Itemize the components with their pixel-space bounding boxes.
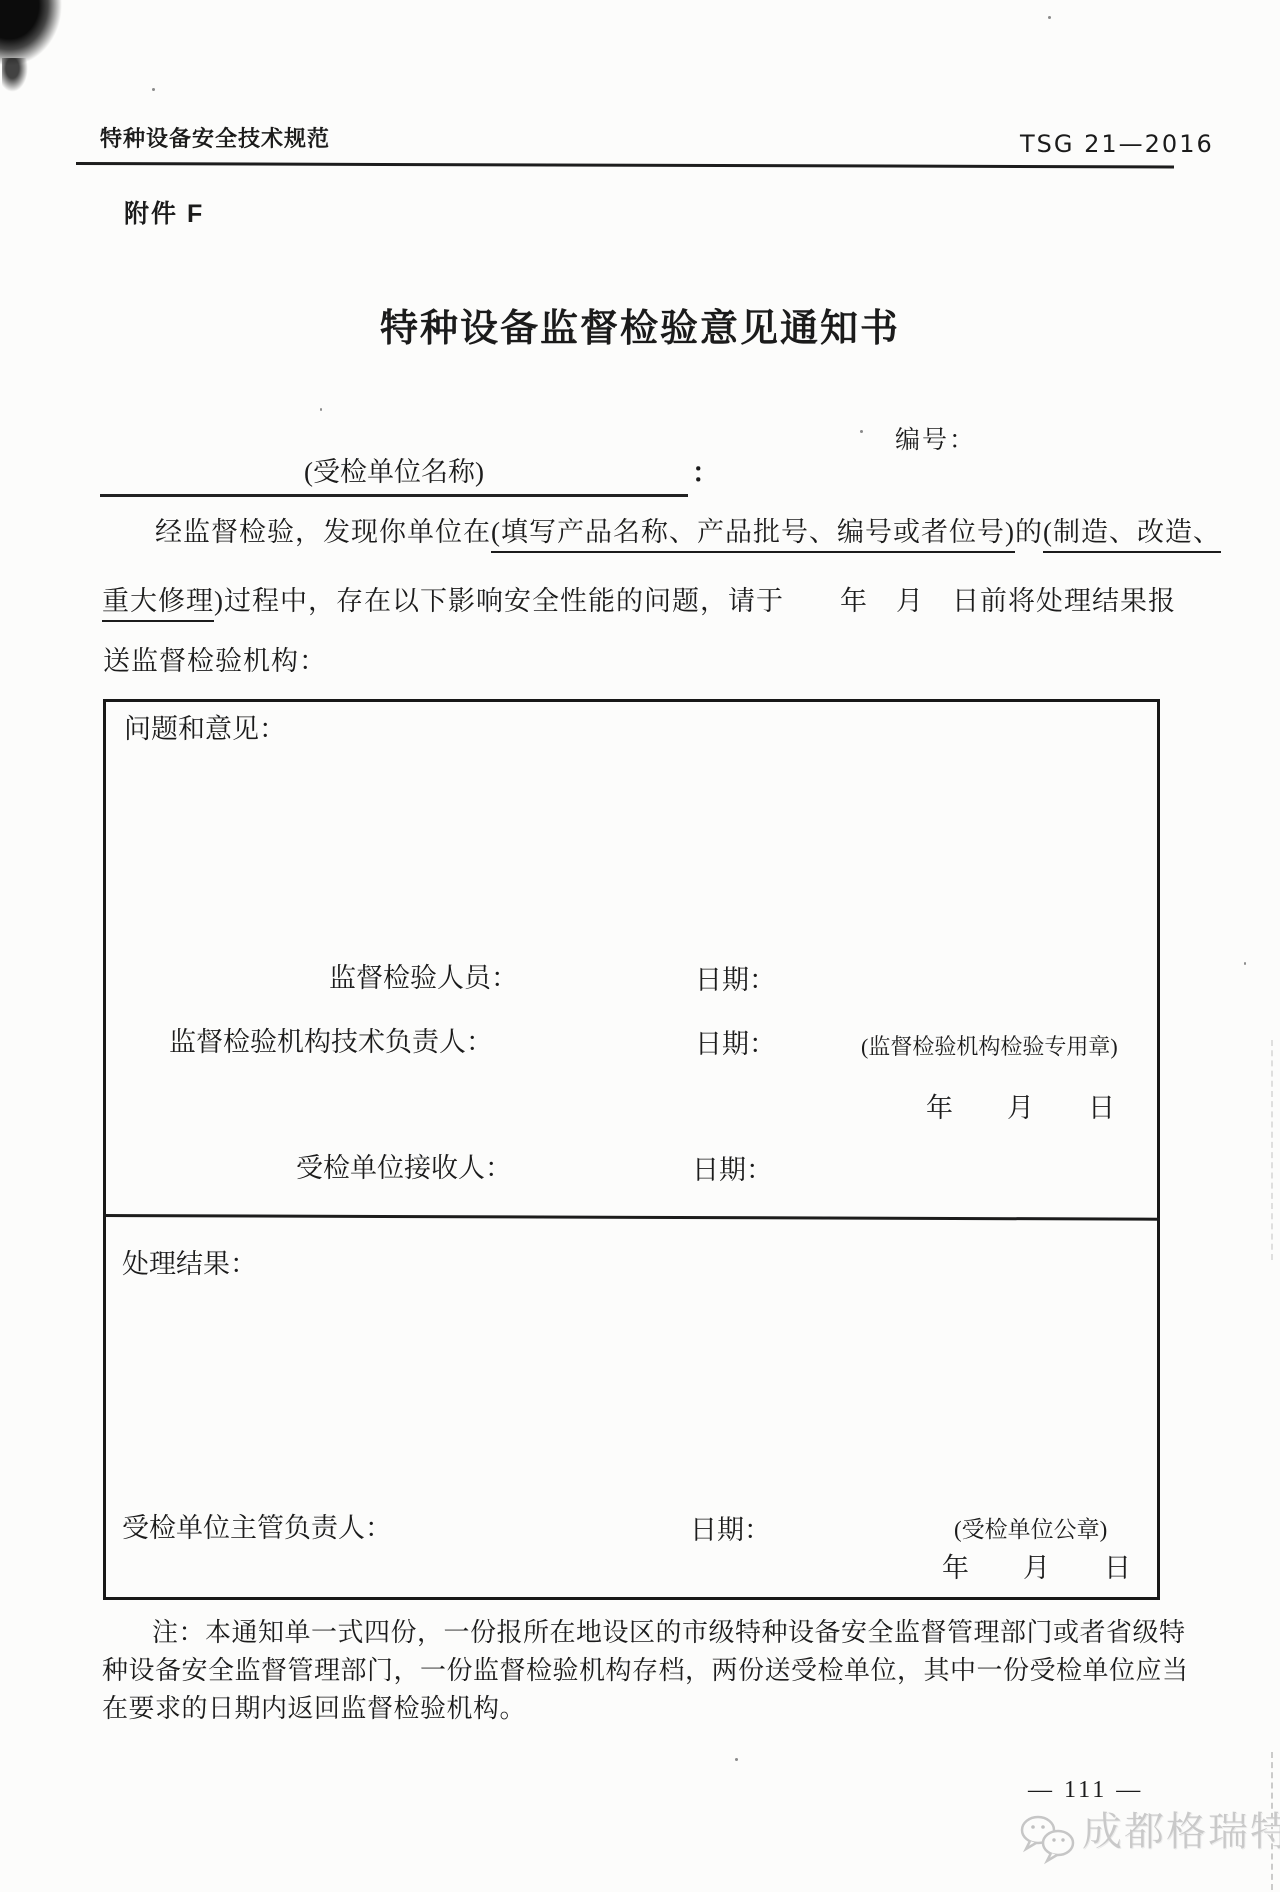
section-divider (103, 1214, 1160, 1221)
paragraph-segment: 的 (1015, 517, 1043, 547)
org-seal-note: (监督检验机构检验专用章) (861, 1036, 1118, 1058)
wechat-bubbles-icon (1016, 1812, 1080, 1866)
result-label: 处理结果： (122, 1251, 257, 1278)
scan-speck (1244, 962, 1246, 965)
body-paragraph-line-3: 送监督检验机构： (103, 648, 327, 675)
number-label: 编号： (895, 428, 976, 453)
paragraph-fill-in-blank: (填写产品名称、产品批号、编号或者位号) (491, 517, 1015, 553)
page-title: 特种设备监督检验意见通知书 (0, 310, 1280, 348)
unit-seal-note: (受检单位公章) (954, 1518, 1107, 1541)
scan-speck (1048, 16, 1051, 19)
paragraph-segment: )过程中，存在以下影响安全性能的问题，请于 年 月 日前将处理结果报 (214, 586, 1176, 616)
recipient-underline: (受检单位名称) (100, 452, 688, 497)
inspector-label: 监督检验人员： (329, 965, 518, 992)
scan-edge-marks (1271, 1040, 1273, 1260)
manager-label: 受检单位主管负责人： (122, 1515, 392, 1542)
year-month-day-line: 年 月 日 (942, 1555, 1131, 1582)
watermark-text: 成都格瑞特 (1082, 1812, 1280, 1852)
paragraph-fill-in-blank: 重大修理 (102, 586, 214, 622)
form-box: 问题和意见： 监督检验人员： 日期： 监督检验机构技术负责人： 日期： (监督检… (103, 699, 1160, 1600)
scan-speck (320, 408, 322, 411)
paragraph-segment: 经监督检验，发现你单位在 (155, 517, 491, 547)
footnote-line-3: 在要求的日期内返回监督检验机构。 (102, 1696, 526, 1722)
tech-leader-label: 监督检验机构技术负责人： (169, 1029, 493, 1056)
header-doc-code: TSG 21—2016 (1020, 132, 1214, 156)
document-page: 特种设备安全技术规范 TSG 21—2016 附件 F 特种设备监督检验意见通知… (0, 0, 1280, 1892)
date-label-manager: 日期： (690, 1517, 771, 1544)
scan-speck (735, 1758, 738, 1761)
paragraph-segment: 送监督检验机构： (103, 646, 327, 676)
recipient-colon: ： (692, 460, 719, 487)
header-spec-name: 特种设备安全技术规范 (100, 128, 330, 150)
date-label-receiver: 日期： (692, 1157, 773, 1184)
scan-smudge-small (2, 58, 28, 92)
body-paragraph-line-1: 经监督检验，发现你单位在(填写产品名称、产品批号、编号或者位号)的(制造、改造、 (155, 519, 1221, 546)
body-paragraph-line-2: 重大修理)过程中，存在以下影响安全性能的问题，请于 年 月 日前将处理结果报 (102, 588, 1176, 615)
attachment-label: 附件 F (124, 202, 204, 227)
footnote-line-1: 注：本通知单一式四份，一份报所在地设区的市级特种设备安全监督管理部门或者省级特 (152, 1620, 1186, 1646)
footnote-line-2: 种设备安全监督管理部门，一份监督检验机构存档，两份送受检单位，其中一份受检单位应… (102, 1658, 1189, 1684)
recipient-name-placeholder: (受检单位名称) (304, 457, 484, 487)
page-number: — 111 — (1028, 1778, 1143, 1802)
problems-and-opinions-label: 问题和意见： (124, 716, 286, 743)
scan-speck (860, 430, 863, 433)
date-label-inspector: 日期： (695, 967, 776, 994)
date-label-tech-leader: 日期： (695, 1031, 776, 1058)
receiver-label: 受检单位接收人： (296, 1155, 512, 1182)
header-rule (76, 162, 1174, 168)
scan-speck (152, 88, 155, 91)
year-month-day-line: 年 月 日 (926, 1095, 1115, 1122)
paragraph-fill-in-blank: (制造、改造、 (1043, 517, 1221, 553)
